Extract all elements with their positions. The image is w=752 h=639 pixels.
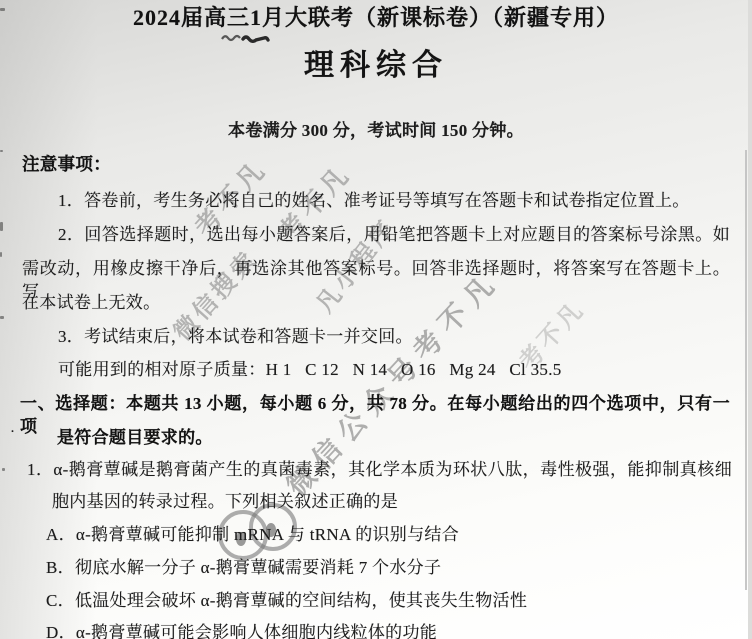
exam-paper-page: 考不凡 考不凡 微信搜索 凡小程序 微信公众号考不凡 考不凡 2024届高三1月…: [0, 0, 752, 639]
notice-line-3: 3．考试结束后，将本试卷和答题卡一并交回。: [58, 325, 413, 348]
scan-edge-band: [748, 0, 752, 639]
notes-heading: 注意事项：: [22, 153, 111, 176]
notice-line-1: 1．答卷前，考生务必将自己的姓名、准考证号等填写在答题卡和试卷指定位置上。: [58, 189, 690, 212]
stray-dot-mark: ·: [10, 421, 15, 444]
handwritten-scribble: [221, 30, 271, 46]
notice-line-2-end: 在本试卷上无效。: [22, 291, 160, 314]
atomic-mass-line: 可能用到的相对原子质量：H 1 C 12 N 14 O 16 Mg 24 Cl …: [58, 358, 562, 381]
exam-title: 2024届高三1月大联考（新课标卷）（新疆专用）: [0, 6, 752, 29]
section-1-heading-line-2: 是符合题目要求的。: [57, 426, 213, 449]
scan-artifact: [0, 252, 2, 257]
question-1-option-c: C．低温处理会破坏 α-鹅膏蕈碱的空间结构，使其丧失生物活性: [46, 589, 527, 612]
exam-meta-line: 本卷满分 300 分，考试时间 150 分钟。: [0, 119, 752, 142]
notice-line-2: 2．回答选择题时，选出每小题答案后，用铅笔把答题卡上对应题目的答案标号涂黑。如: [58, 223, 730, 246]
scan-edge-line: [745, 150, 747, 590]
question-1-option-a: A．α-鹅膏蕈碱可能抑制 mRNA 与 tRNA 的识别与结合: [46, 523, 459, 546]
scan-artifact: [0, 222, 3, 231]
question-1-option-b: B．彻底水解一分子 α-鹅膏蕈碱需要消耗 7 个水分子: [46, 556, 441, 579]
scan-artifact: [0, 8, 5, 11]
question-1-stem-line-2: 胞内基因的转录过程。下列相关叙述正确的是: [52, 490, 398, 513]
question-1-stem-line-1: 1．α-鹅膏蕈碱是鹅膏菌产生的真菌毒素，其化学本质为环状八肽，毒性极强，能抑制真…: [27, 458, 732, 481]
scan-artifact: [0, 316, 4, 319]
scan-artifact: [2, 468, 5, 471]
subject-title: 理科综合: [0, 54, 752, 77]
question-1-option-d: D．α-鹅膏蕈碱可能会影响人体细胞内线粒体的功能: [46, 621, 437, 639]
scan-artifact: [0, 150, 3, 152]
